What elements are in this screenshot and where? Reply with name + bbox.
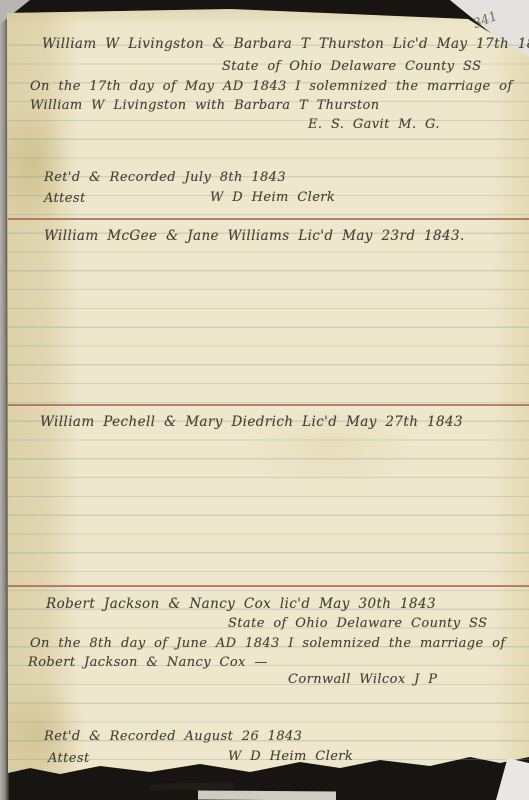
entry1-officiant-signature: E. S. Gavit M. G. xyxy=(308,117,440,132)
entry4-officiant-signature: Cornwall Wilcox J P xyxy=(288,672,437,687)
entry1-clerk-signature: W D Heim Clerk xyxy=(210,190,335,205)
entry-separator-line xyxy=(8,404,529,406)
torn-edge-dark-fragment xyxy=(150,782,234,790)
entry3-heading: William Pechell & Mary Diedrich Lic'd Ma… xyxy=(40,414,463,430)
torn-edge-light-patch xyxy=(198,791,336,800)
entry4-attest-label: Attest xyxy=(48,751,90,766)
entry4-body-line1: On the 8th day of June AD 1843 I solemni… xyxy=(30,636,506,651)
ledger-scan: 341 William W Livingston & Barbara T Thu… xyxy=(0,0,529,800)
entry4-state-line: State of Ohio Delaware County SS xyxy=(228,616,487,631)
entry1-body-line2: William W Livingston with Barbara T Thur… xyxy=(30,98,380,113)
entry1-state-line: State of Ohio Delaware County SS xyxy=(222,59,481,74)
entry1-heading: William W Livingston & Barbara T Thursto… xyxy=(42,36,529,52)
entry4-body-line2: Robert Jackson & Nancy Cox — xyxy=(28,655,268,670)
entry-separator-line xyxy=(8,218,529,220)
torn-corner-bottom-right xyxy=(496,758,529,800)
entry1-return-line: Ret'd & Recorded July 8th 1843 xyxy=(44,170,286,185)
entry4-return-line: Ret'd & Recorded August 26 1843 xyxy=(44,729,302,744)
entry-separator-line xyxy=(8,585,529,587)
entry1-body-line1: On the 17th day of May AD 1843 I solemni… xyxy=(30,79,513,94)
entry1-attest-label: Attest xyxy=(44,191,86,206)
entry4-heading: Robert Jackson & Nancy Cox lic'd May 30t… xyxy=(46,596,436,612)
entry2-heading: William McGee & Jane Williams Lic'd May … xyxy=(44,228,465,244)
ledger-page xyxy=(0,0,529,800)
entry4-clerk-signature: W D Heim Clerk xyxy=(228,749,353,764)
